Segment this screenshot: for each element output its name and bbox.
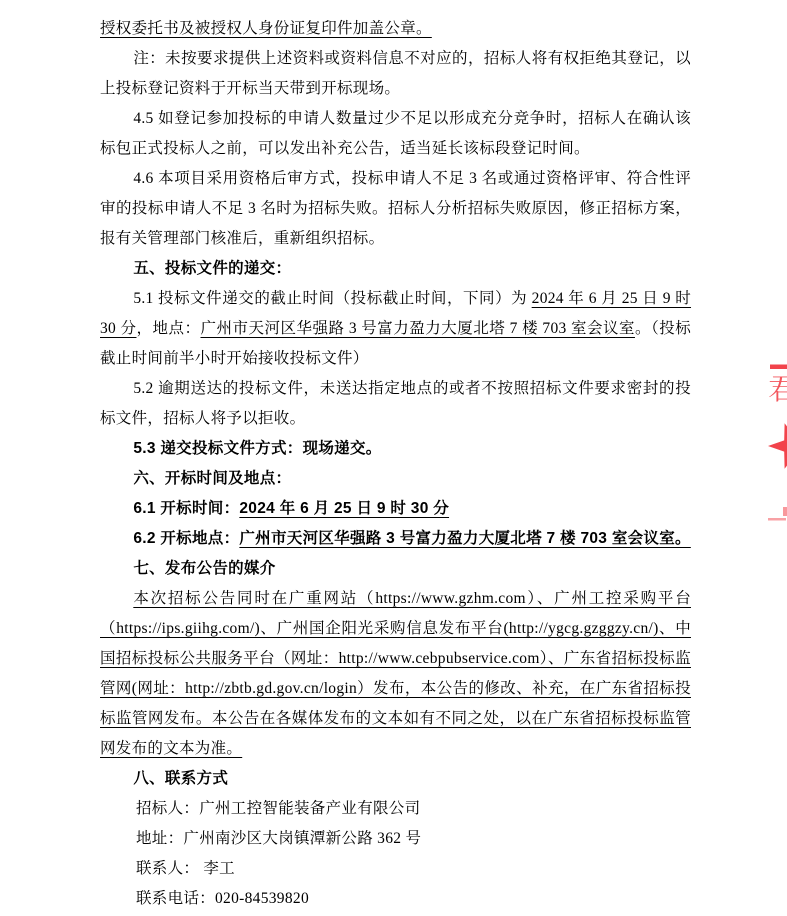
- clause-6-2: 6.2 开标地点：广州市天河区华强路 3 号富力盈力大厦北塔 7 楼 703 室…: [100, 524, 691, 554]
- red-seal-fragment: 君: [766, 360, 787, 522]
- clause-5-1: 5.1 投标文件递交的截止时间（投标截止时间，下同）为 2024 年 6 月 2…: [100, 284, 691, 374]
- clause-6-1: 6.1 开标时间：2024 年 6 月 25 日 9 时 30 分: [100, 494, 691, 524]
- section-8-heading: 八、联系方式: [100, 764, 691, 794]
- section-6-heading: 六、开标时间及地点：: [100, 464, 691, 494]
- contact-tenderer: 招标人：广州工控智能装备产业有限公司: [100, 794, 691, 824]
- clause-5-3: 5.3 递交投标文件方式：现场递交。: [100, 434, 691, 464]
- document-content: 授权委托书及被授权人身份证复印件加盖公章。注：未按要求提供上述资料或资料信息不对…: [100, 14, 691, 914]
- document-page: 授权委托书及被授权人身份证复印件加盖公章。注：未按要求提供上述资料或资料信息不对…: [0, 0, 787, 916]
- seal-bottom-mark: [768, 518, 786, 521]
- clause-4-5: 4.5 如登记参加投标的申请人数量过少不足以形成充分竞争时，招标人在确认该标包正…: [100, 104, 691, 164]
- contact-person: 联系人： 李工: [100, 854, 691, 884]
- media-announcement-paragraph: 本次招标公告同时在广重网站（https://www.gzhm.com）、广州工控…: [100, 584, 691, 764]
- contact-phone: 联系电话：020-84539820: [100, 884, 691, 914]
- seal-character-fragment: 君: [768, 374, 787, 406]
- seal-bottom-mark: [783, 507, 787, 516]
- contact-address: 地址：广州南沙区大岗镇潭新公路 362 号: [100, 824, 691, 854]
- continuation-authorization-line: 授权委托书及被授权人身份证复印件加盖公章。: [100, 14, 691, 44]
- seal-star-icon: [768, 423, 787, 469]
- clause-5-2: 5.2 逾期送达的投标文件，未送达指定地点的或者不按照招标文件要求密封的投标文件…: [100, 374, 691, 434]
- section-5-heading: 五、投标文件的递交：: [100, 254, 691, 284]
- section-7-heading: 七、发布公告的媒介: [100, 554, 691, 584]
- clause-4-6: 4.6 本项目采用资格后审方式，投标申请人不足 3 名或通过资格评审、符合性评审…: [100, 164, 691, 254]
- note-registration: 注：未按要求提供上述资料或资料信息不对应的，招标人将有权拒绝其登记，以上投标登记…: [100, 44, 691, 104]
- seal-bar: [770, 365, 787, 370]
